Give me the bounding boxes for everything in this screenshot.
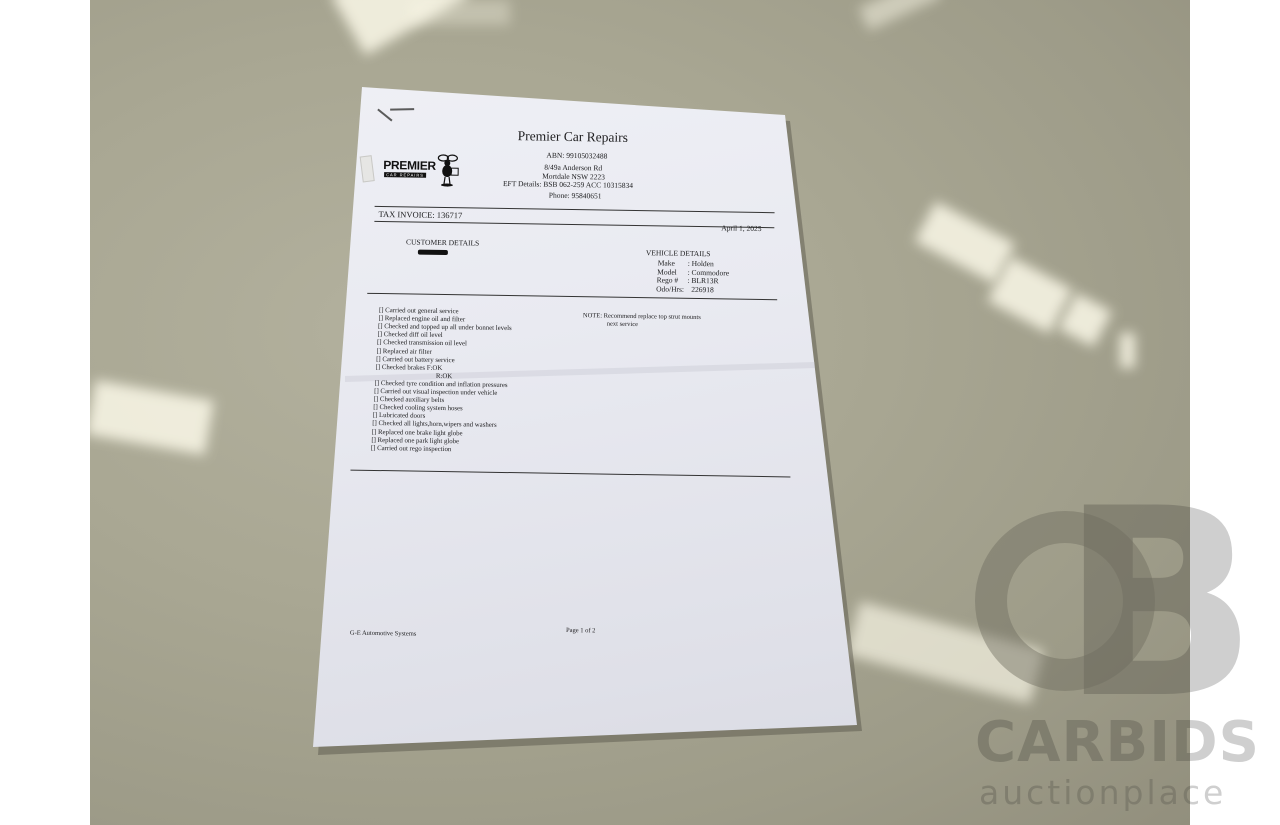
service-item: [] Carried out battery service [376, 356, 455, 364]
service-item: [] Checked brakes F:OK [376, 364, 443, 372]
mascot-icon [435, 153, 460, 187]
light-reflection [858, 0, 941, 31]
service-item: [] Replaced one park light globe [371, 436, 459, 444]
abn: ABN: 99105032488 [546, 151, 607, 161]
vehicle-heading: VEHICLE DETAILS [646, 248, 711, 258]
light-reflection [915, 202, 1016, 284]
logo-tagline: CAR REPAIRS [384, 172, 426, 178]
service-item: R:OK [436, 373, 452, 380]
service-item: [] Replaced air filter [377, 347, 432, 355]
company-name: Premier Car Repairs [518, 128, 628, 146]
invoice-date: April 1, 2025 [721, 223, 761, 233]
service-item: [] Replaced engine oil and filter [378, 315, 465, 323]
vehicle-value: 226918 [691, 284, 714, 293]
redacted-customer-name [418, 250, 448, 255]
light-reflection [410, 0, 510, 25]
logo-text: PREMIER [383, 158, 436, 173]
page-number: Page 1 of 2 [566, 627, 596, 634]
watermark-letter-overflow: B [1060, 505, 1258, 705]
service-item: [] Replaced one brake light globe [372, 428, 463, 436]
watermark-subtitle-overflow: auctionplace [979, 773, 1226, 812]
phone: Phone: 95840651 [549, 191, 602, 201]
vehicle-label: Odo/Hrs: [656, 284, 684, 293]
service-item: [] Carried out rego inspection [371, 445, 452, 453]
note-line-2: next service [607, 321, 638, 328]
right-margin: B CARBIDS auctionplace [1190, 0, 1280, 825]
customer-heading: CUSTOMER DETAILS [406, 237, 479, 247]
service-item: [] Checked auxiliary belts [374, 396, 445, 404]
company-logo: PREMIER CAR REPAIRS [383, 152, 469, 193]
footer-software: G-E Automotive Systems [350, 630, 417, 638]
service-item: [] Checked transmission oil level [377, 339, 467, 347]
service-item: [] Checked cooling system hoses [373, 404, 463, 412]
service-item: [] Lubricated doors [373, 412, 426, 420]
service-item: [] Carried out general service [379, 307, 459, 315]
service-item: [] Checked diff oil level [377, 331, 442, 339]
invoice-number: TAX INVOICE: 136717 [378, 209, 462, 220]
light-reflection [90, 380, 214, 455]
light-reflection [1120, 333, 1135, 368]
watermark-brand-overflow: CARBIDS [975, 710, 1260, 775]
